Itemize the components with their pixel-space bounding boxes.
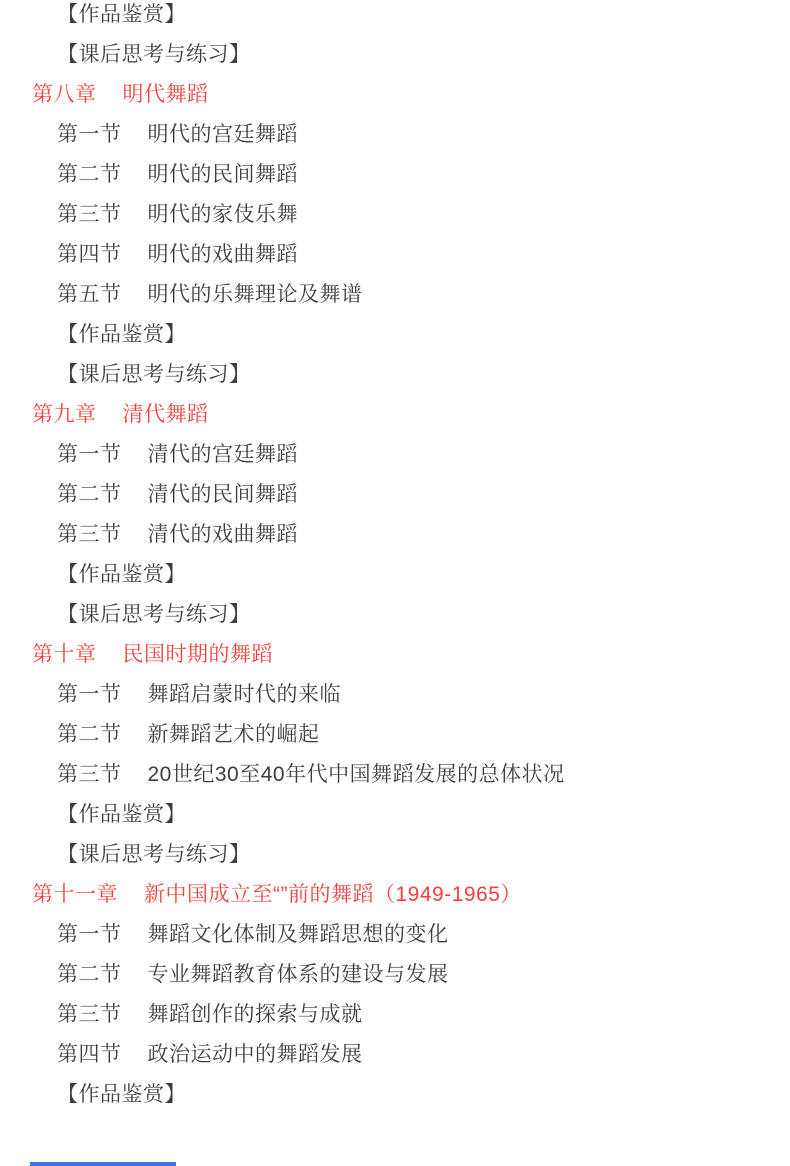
section-title: 清代的宫廷舞蹈 bbox=[148, 435, 299, 475]
toc-chapter-row: 第十章民国时期的舞蹈 bbox=[0, 635, 790, 675]
toc-section-row: 第三节清代的戏曲舞蹈 bbox=[0, 515, 790, 555]
toc-bracket-row: 【作品鉴赏】 bbox=[0, 315, 790, 355]
toc-bracket-row: 【课后思考与练习】 bbox=[0, 595, 790, 635]
bracket-label: 【课后思考与练习】 bbox=[57, 35, 251, 75]
section-label: 第三节 bbox=[57, 755, 122, 795]
toc-section-row: 第四节政治运动中的舞蹈发展 bbox=[0, 1035, 790, 1075]
section-title: 明代的宫廷舞蹈 bbox=[148, 115, 299, 155]
toc-bracket-row: 【课后思考与练习】 bbox=[0, 835, 790, 875]
bracket-label: 【作品鉴赏】 bbox=[57, 555, 186, 595]
section-label: 第五节 bbox=[57, 275, 122, 315]
toc-section-row: 第三节明代的家伎乐舞 bbox=[0, 195, 790, 235]
toc-section-row: 第一节清代的宫廷舞蹈 bbox=[0, 435, 790, 475]
toc-chapter-row: 第九章清代舞蹈 bbox=[0, 395, 790, 435]
toc-section-row: 第三节舞蹈创作的探索与成就 bbox=[0, 995, 790, 1035]
toc-section-row: 第二节明代的民间舞蹈 bbox=[0, 155, 790, 195]
toc-bracket-row: 【课后思考与练习】 bbox=[0, 35, 790, 75]
chapter-title: 民国时期的舞蹈 bbox=[123, 635, 274, 675]
section-label: 第三节 bbox=[57, 995, 122, 1035]
bracket-label: 【作品鉴赏】 bbox=[57, 795, 186, 835]
toc-section-row: 第一节舞蹈文化体制及舞蹈思想的变化 bbox=[0, 915, 790, 955]
section-title: 舞蹈启蒙时代的来临 bbox=[148, 675, 342, 715]
section-label: 第二节 bbox=[57, 955, 122, 995]
section-label: 第一节 bbox=[57, 115, 122, 155]
chapter-title: 新中国成立至“”前的舞蹈（1949-1965） bbox=[144, 875, 522, 915]
section-title: 清代的民间舞蹈 bbox=[148, 475, 299, 515]
section-title: 专业舞蹈教育体系的建设与发展 bbox=[148, 955, 449, 995]
chapter-label: 第九章 bbox=[32, 395, 97, 435]
section-title: 政治运动中的舞蹈发展 bbox=[148, 1035, 363, 1075]
chapter-label: 第十一章 bbox=[32, 875, 118, 915]
toc-section-row: 第二节专业舞蹈教育体系的建设与发展 bbox=[0, 955, 790, 995]
bracket-label: 【课后思考与练习】 bbox=[57, 355, 251, 395]
chapter-label: 第十章 bbox=[32, 635, 97, 675]
section-title: 新舞蹈艺术的崛起 bbox=[148, 715, 320, 755]
section-title: 明代的乐舞理论及舞谱 bbox=[148, 275, 363, 315]
toc-bracket-row: 【作品鉴赏】 bbox=[0, 555, 790, 595]
section-label: 第二节 bbox=[57, 475, 122, 515]
chapter-title: 明代舞蹈 bbox=[123, 75, 209, 115]
toc-section-row: 第三节20世纪30至40年代中国舞蹈发展的总体状况 bbox=[0, 755, 790, 795]
toc-section-row: 第四节明代的戏曲舞蹈 bbox=[0, 235, 790, 275]
section-title: 20世纪30至40年代中国舞蹈发展的总体状况 bbox=[148, 755, 565, 795]
toc-section-row: 第五节明代的乐舞理论及舞谱 bbox=[0, 275, 790, 315]
section-title: 明代的戏曲舞蹈 bbox=[148, 235, 299, 275]
toc-bracket-row: 【作品鉴赏】 bbox=[0, 795, 790, 835]
bracket-label: 【课后思考与练习】 bbox=[57, 595, 251, 635]
toc-section-row: 第一节明代的宫廷舞蹈 bbox=[0, 115, 790, 155]
table-of-contents: 【作品鉴赏】【课后思考与练习】第八章明代舞蹈第一节明代的宫廷舞蹈第二节明代的民间… bbox=[0, 0, 790, 1115]
section-title: 清代的戏曲舞蹈 bbox=[148, 515, 299, 555]
toc-bracket-row: 【作品鉴赏】 bbox=[0, 0, 790, 35]
toc-bracket-row: 【作品鉴赏】 bbox=[0, 1075, 790, 1115]
partial-blue-element bbox=[30, 1162, 176, 1166]
toc-chapter-row: 第八章明代舞蹈 bbox=[0, 75, 790, 115]
toc-section-row: 第一节舞蹈启蒙时代的来临 bbox=[0, 675, 790, 715]
section-label: 第一节 bbox=[57, 435, 122, 475]
toc-chapter-row: 第十一章新中国成立至“”前的舞蹈（1949-1965） bbox=[0, 875, 790, 915]
section-title: 明代的民间舞蹈 bbox=[148, 155, 299, 195]
section-label: 第一节 bbox=[57, 675, 122, 715]
bracket-label: 【作品鉴赏】 bbox=[57, 315, 186, 355]
chapter-title: 清代舞蹈 bbox=[123, 395, 209, 435]
bracket-label: 【作品鉴赏】 bbox=[57, 0, 186, 35]
section-title: 明代的家伎乐舞 bbox=[148, 195, 299, 235]
bracket-label: 【作品鉴赏】 bbox=[57, 1075, 186, 1115]
section-title: 舞蹈创作的探索与成就 bbox=[148, 995, 363, 1035]
bracket-label: 【课后思考与练习】 bbox=[57, 835, 251, 875]
toc-bracket-row: 【课后思考与练习】 bbox=[0, 355, 790, 395]
toc-section-row: 第二节清代的民间舞蹈 bbox=[0, 475, 790, 515]
section-label: 第二节 bbox=[57, 155, 122, 195]
section-label: 第四节 bbox=[57, 1035, 122, 1075]
section-label: 第三节 bbox=[57, 195, 122, 235]
section-title: 舞蹈文化体制及舞蹈思想的变化 bbox=[148, 915, 449, 955]
section-label: 第三节 bbox=[57, 515, 122, 555]
section-label: 第一节 bbox=[57, 915, 122, 955]
chapter-label: 第八章 bbox=[32, 75, 97, 115]
toc-section-row: 第二节新舞蹈艺术的崛起 bbox=[0, 715, 790, 755]
section-label: 第二节 bbox=[57, 715, 122, 755]
section-label: 第四节 bbox=[57, 235, 122, 275]
